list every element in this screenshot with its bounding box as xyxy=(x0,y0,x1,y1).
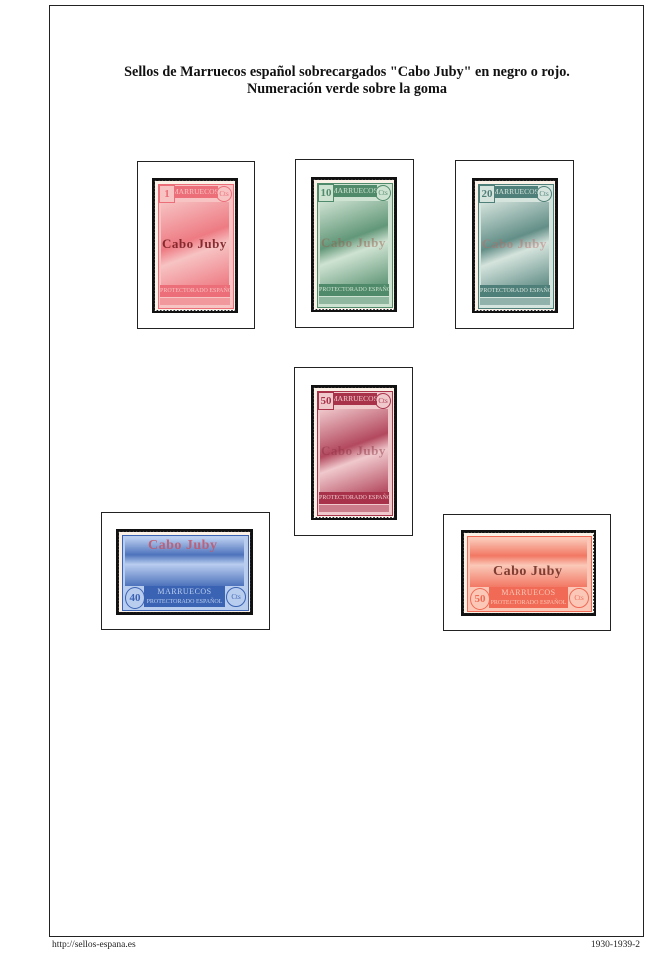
currency-cts: Cts xyxy=(226,587,246,607)
title-line-2: Numeración verde sobre la goma xyxy=(50,81,644,98)
title-line-1: Sellos de Marruecos español sobrecargado… xyxy=(50,64,644,81)
footer-page-code: 1930-1939-2 xyxy=(591,940,640,950)
arabic-strip xyxy=(480,298,550,305)
currency-cts: Cts xyxy=(375,393,391,409)
value-numeral: 50 xyxy=(470,588,490,610)
stamp-50c-portrait: MARRUECOS50CtsPROTECTORADO ESPAÑOLCabo J… xyxy=(311,385,397,520)
overprint-cabo-juby: Cabo Juby xyxy=(162,236,227,252)
value-numeral: 1 xyxy=(159,185,175,203)
currency-cts: Cts xyxy=(536,186,552,202)
stamp-10c: MARRUECOS10CtsPROTECTORADO ESPAÑOLCabo J… xyxy=(311,177,397,312)
stamp-frame-1: MARRUECOS1CtsPROTECTORADO ESPAÑOLCabo Ju… xyxy=(137,161,255,329)
overprint-cabo-juby: Cabo Juby xyxy=(148,538,217,554)
country-banner: MARRUECOS xyxy=(331,393,377,405)
stamp-frame-3: MARRUECOS20CtsPROTECTORADO ESPAÑOLCabo J… xyxy=(455,160,574,329)
footer-url: http://sellos-espana.es xyxy=(52,940,136,950)
value-numeral: 50 xyxy=(318,392,334,410)
value-numeral: 10 xyxy=(318,184,334,202)
currency-cts: Cts xyxy=(216,186,232,202)
stamp-frame-2: MARRUECOS10CtsPROTECTORADO ESPAÑOLCabo J… xyxy=(295,159,414,328)
country-banner: MARRUECOS xyxy=(489,587,568,598)
stamp-20c: MARRUECOS20CtsPROTECTORADO ESPAÑOLCabo J… xyxy=(472,178,558,313)
stamp-frame-4: MARRUECOS50CtsPROTECTORADO ESPAÑOLCabo J… xyxy=(294,367,413,536)
country-banner: MARRUECOS xyxy=(172,186,218,198)
currency-cts: Cts xyxy=(569,588,589,608)
stamp-1c: MARRUECOS1CtsPROTECTORADO ESPAÑOLCabo Ju… xyxy=(152,178,238,313)
overprint-cabo-juby: Cabo Juby xyxy=(493,564,562,580)
stamp-40c: MARRUECOSPROTECTORADO ESPAÑOL40CtsCabo J… xyxy=(116,529,253,615)
stamp-frame-6: MARRUECOSPROTECTORADO ESPAÑOL50CtsCabo J… xyxy=(443,514,611,631)
arabic-strip xyxy=(319,297,389,304)
page-title: Sellos de Marruecos español sobrecargado… xyxy=(50,64,644,98)
overprint-cabo-juby: Cabo Juby xyxy=(321,235,386,251)
overprint-cabo-juby: Cabo Juby xyxy=(321,443,386,459)
protectorado-banner: PROTECTORADO ESPAÑOL xyxy=(489,598,568,608)
country-banner: MARRUECOS xyxy=(331,185,377,197)
protectorado-banner: PROTECTORADO ESPAÑOL xyxy=(480,285,550,297)
arabic-strip xyxy=(319,505,389,512)
currency-cts: Cts xyxy=(375,185,391,201)
stamp-50c-landscape: MARRUECOSPROTECTORADO ESPAÑOL50CtsCabo J… xyxy=(461,530,596,616)
protectorado-banner: PROTECTORADO ESPAÑOL xyxy=(144,597,225,607)
value-numeral: 20 xyxy=(479,185,495,203)
arabic-strip xyxy=(160,298,230,305)
protectorado-banner: PROTECTORADO ESPAÑOL xyxy=(319,492,389,504)
country-banner: MARRUECOS xyxy=(492,186,538,198)
stamp-frame-5: MARRUECOSPROTECTORADO ESPAÑOL40CtsCabo J… xyxy=(101,512,270,630)
overprint-cabo-juby: Cabo Juby xyxy=(482,236,547,252)
value-numeral: 40 xyxy=(125,587,145,609)
protectorado-banner: PROTECTORADO ESPAÑOL xyxy=(160,285,230,297)
country-banner: MARRUECOS xyxy=(144,586,225,597)
protectorado-banner: PROTECTORADO ESPAÑOL xyxy=(319,284,389,296)
